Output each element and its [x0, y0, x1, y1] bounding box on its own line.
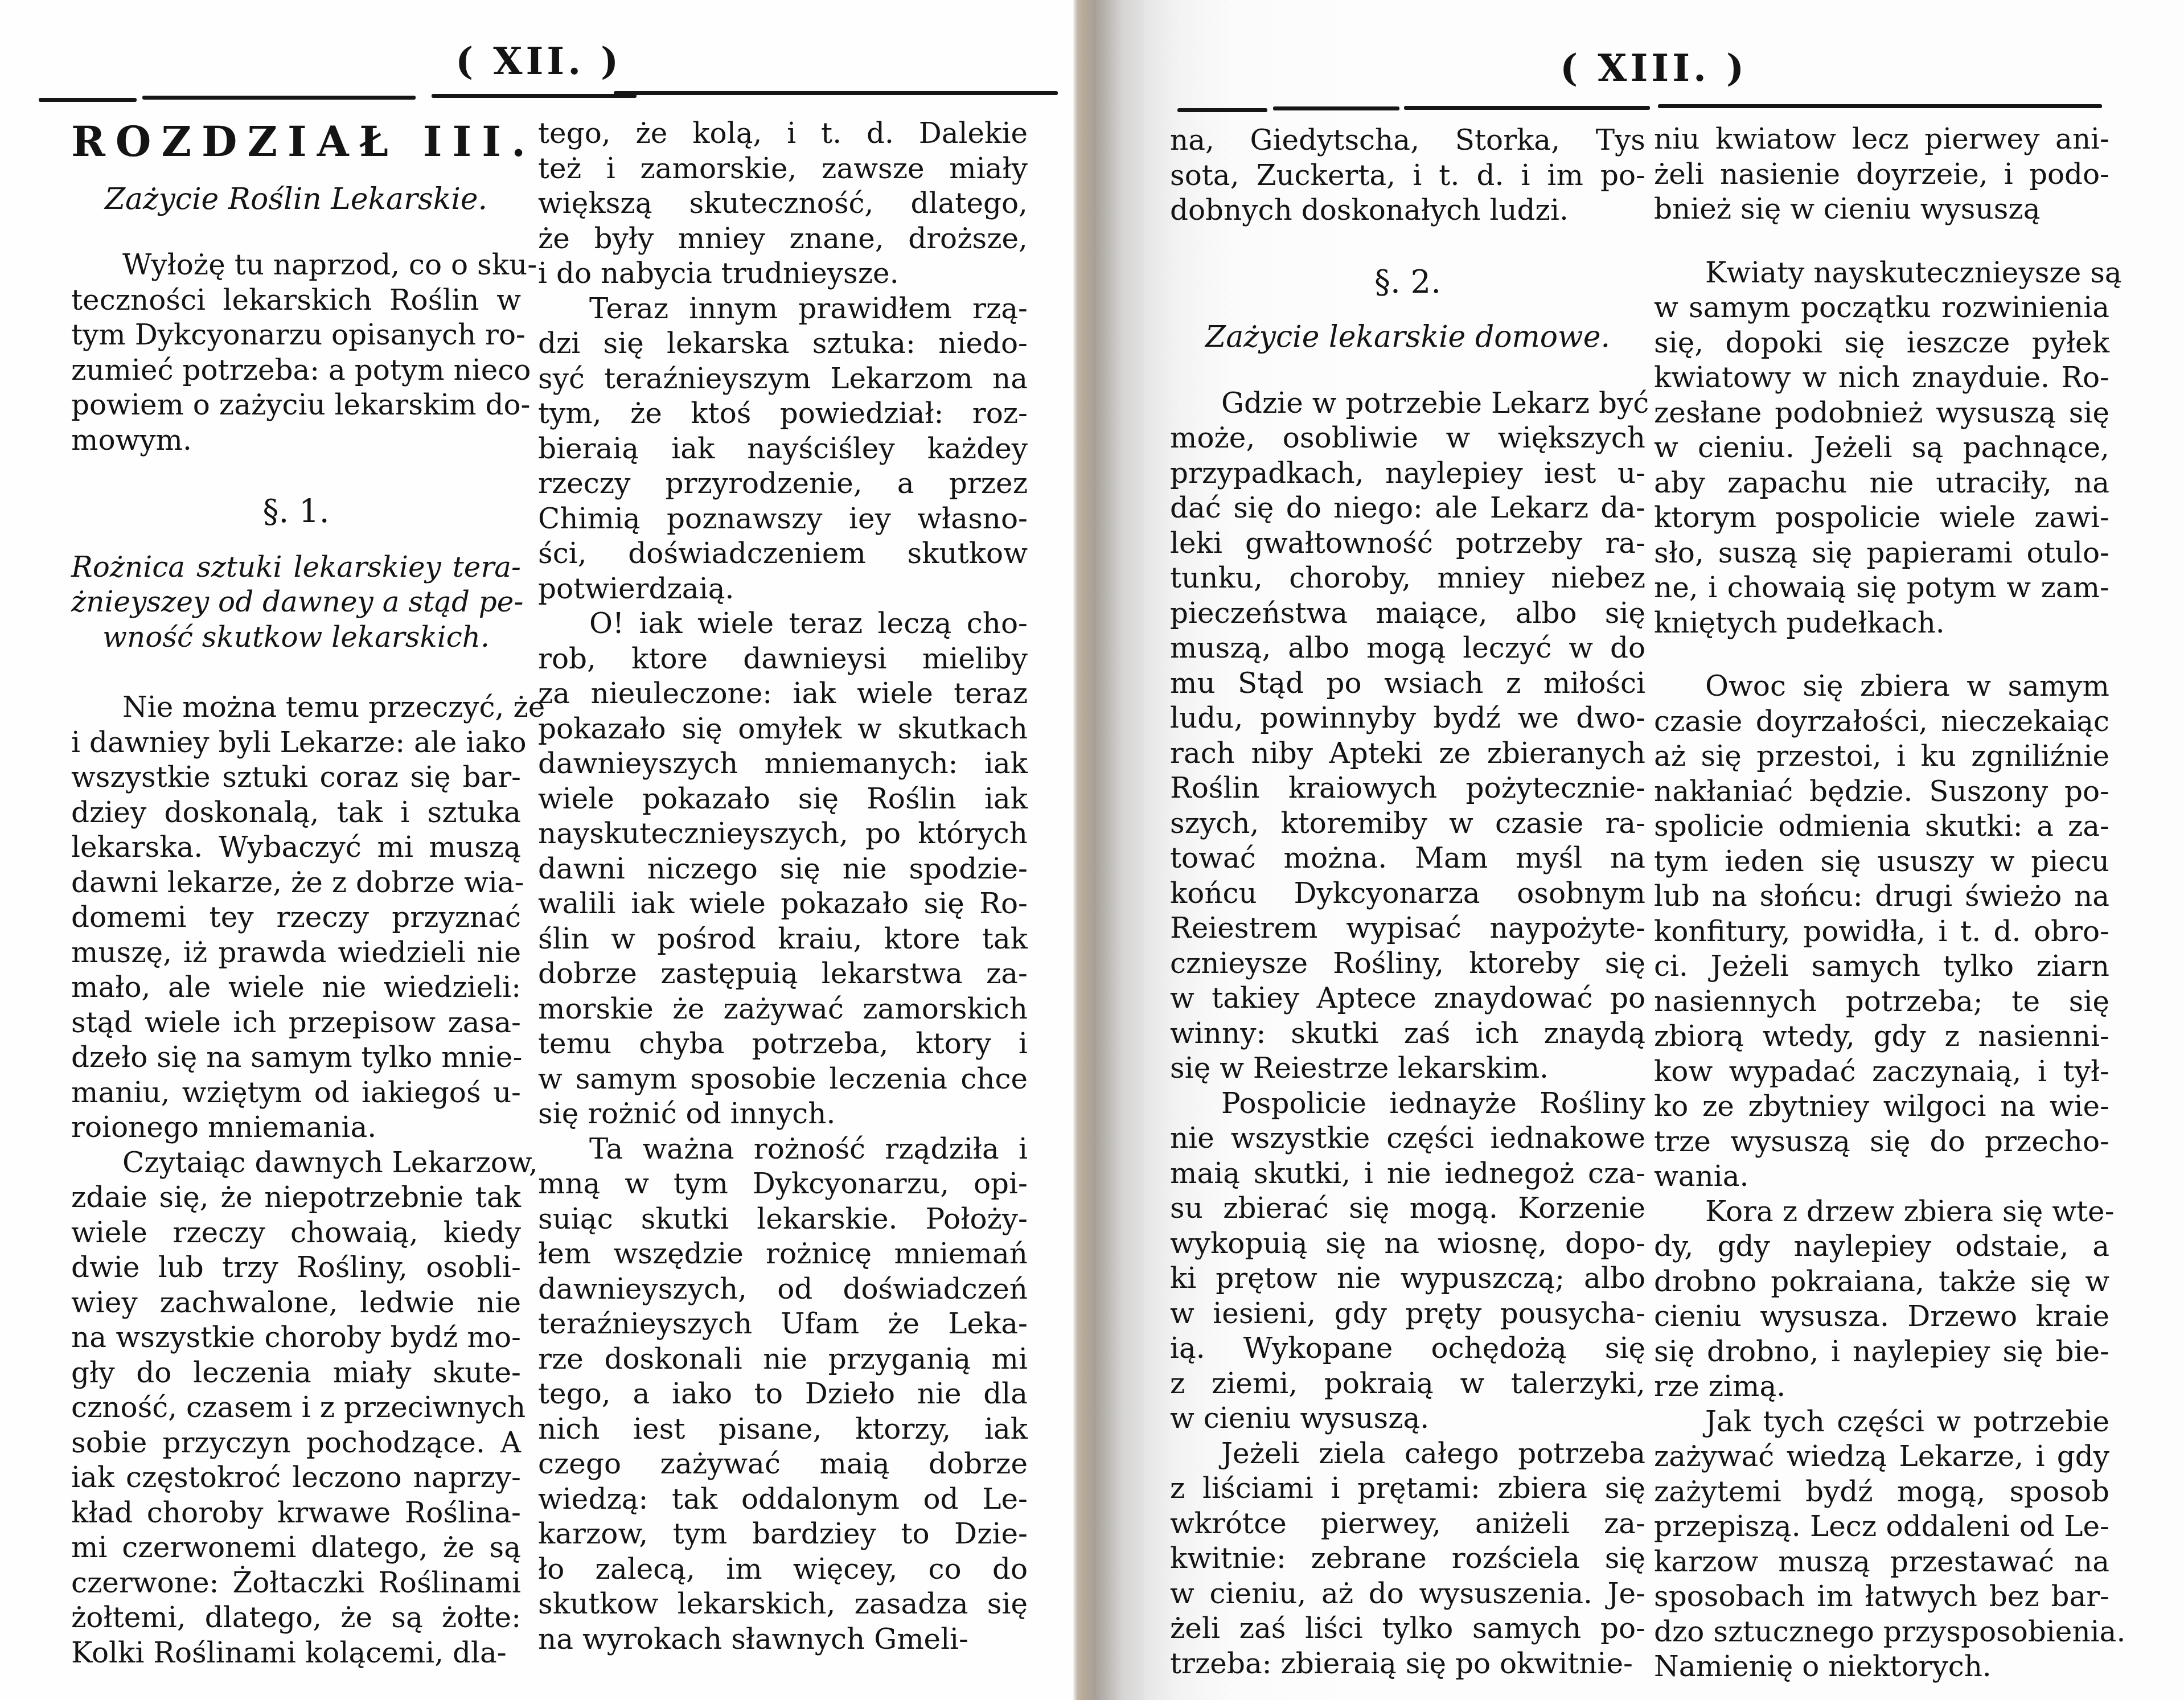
text-line: dać się do niego: ale Lekarz da-: [1170, 491, 1645, 526]
text-line: żeli nasienie doyrzeie, i podo-: [1654, 157, 2109, 192]
text-line: wszystkie sztuki coraz się bar-: [71, 760, 521, 795]
right-page: ( XIII. ) na, Giedytscha, Storka, Tyssot…: [1144, 0, 2184, 1700]
text-line: O! iak wiele teraz leczą cho-: [538, 606, 1028, 642]
text-line: się w Reiestrze lekarskim.: [1170, 1051, 1645, 1086]
text-line: że były mniey znane, droższe,: [538, 221, 1028, 257]
paragraph: Jak tych części w potrzebiezażywać wiedz…: [1654, 1405, 2109, 1685]
text-line: dawni lekarze, że z dobrze wia-: [71, 865, 521, 901]
left-column-1: ROZDZIAŁ III.Zażycie Roślin Lekarskie.Wy…: [71, 120, 521, 1670]
text-line: aż się przestoi, i ku zgniliźnie: [1654, 739, 2109, 774]
text-line: Jak tych części w potrzebie: [1654, 1405, 2109, 1440]
text-line: rob, ktore dawnieysi mieliby: [538, 642, 1028, 677]
text-line: konfitury, powidła, i t. d. obro-: [1654, 914, 2109, 950]
text-line: maniu, wziętym od iakiegoś u-: [71, 1075, 521, 1111]
spacer: [1170, 355, 1645, 386]
text-line: dwie lub trzy Rośliny, osobli-: [71, 1250, 521, 1286]
right-column-2: niu kwiatow lecz pierwey ani-żeli nasien…: [1654, 122, 2109, 1685]
text-line: sposobach im łatwych bez bar-: [1654, 1579, 2109, 1615]
text-line: kow wypadać zaczynaią, i tył-: [1654, 1054, 2109, 1090]
text-line: dy, gdy naylepiey odstaie, a: [1654, 1229, 2109, 1264]
text-line: zażywać wiedzą Lekarze, i gdy: [1654, 1439, 2109, 1475]
text-line: ślin w pośrod kraiu, ktore tak: [538, 922, 1028, 957]
text-line: na, Giedytscha, Storka, Tys: [1170, 123, 1645, 158]
spacer: [71, 655, 521, 690]
text-line: z ziemi, pokraią w talerzyki,: [1170, 1366, 1645, 1402]
text-line: rach niby Apteki ze zbieranych: [1170, 736, 1645, 771]
spacer: [71, 458, 521, 494]
text-line: przypadkach, naylepiey iest u-: [1170, 456, 1645, 491]
text-line: aby zapachu nie utraciły, na: [1654, 466, 2109, 501]
text-line: Chimią poznawszy iey własno-: [538, 502, 1028, 537]
text-line: teraźnieyszych Ufam że Leka-: [538, 1307, 1028, 1342]
text-line: trze wysuszą się do przecho-: [1654, 1124, 2109, 1160]
text-line: w cieniu wysuszą.: [1170, 1401, 1645, 1436]
chapter-heading: ROZDZIAŁ III.: [71, 124, 521, 159]
text-line: się drobno, i naylepiey się bie-: [1654, 1334, 2109, 1370]
paragraph: Jeżeli ziela całego potrzebaz liściami i…: [1170, 1436, 1645, 1682]
section-subtitle: Zażycie Roślin Lekarskie.: [71, 182, 521, 217]
text-line: kwiatowy w nich znayduie. Ro-: [1654, 360, 2109, 396]
paragraph: Czytaiąc dawnych Lekarzow,zdaie się, że …: [71, 1145, 521, 1671]
text-line: Reiestrem wypisać naypożyte-: [1170, 911, 1645, 946]
text-line: w samym początku rozwinienia: [1654, 290, 2109, 326]
text-line: tego, że kolą, i t. d. Dalekie: [538, 116, 1028, 151]
text-line: wiedzą: tak oddalonym od Le-: [538, 1482, 1028, 1517]
text-line: łem wszędzie rożnicę mniemań: [538, 1237, 1028, 1272]
text-line: się, dopoki się ieszcze pyłek: [1654, 326, 2109, 361]
text-line: kniętych pudełkach.: [1654, 606, 2109, 641]
text-line: zbiorą wtedy, gdy z nasienni-: [1654, 1019, 2109, 1054]
text-line: tować można. Mam myśl na: [1170, 841, 1645, 876]
text-line: czasie doyrzałości, nieczekaiąc: [1654, 704, 2109, 740]
text-line: Roślin kraiowych pożytecznie-: [1170, 771, 1645, 806]
text-line: dawni niczego się nie spodzie-: [538, 852, 1028, 887]
paragraph: tego, że kolą, i t. d. Dalekieteż i zamo…: [538, 116, 1028, 291]
text-line: Namienię o niektorych.: [1654, 1649, 2109, 1685]
paragraph: na, Giedytscha, Storka, Tyssota, Zuckert…: [1170, 123, 1645, 228]
text-line: wkrótce pierwey, aniżeli za-: [1170, 1506, 1645, 1542]
text-line: tym ieden się ususzy w piecu: [1654, 844, 2109, 880]
text-line: ktorym pospolicie wiele zawi-: [1654, 500, 2109, 536]
text-line: i dawniey byli Lekarze: ale iako: [71, 725, 521, 761]
spacer: [1170, 299, 1645, 320]
text-line: iak częstokroć leczono naprzy-: [71, 1460, 521, 1496]
text-line: bnież się w cieniu wysuszą: [1654, 192, 2109, 227]
text-line: kwitnie: zebrane rozściela się: [1170, 1541, 1645, 1576]
page-number-left: ( XII. ): [455, 39, 622, 83]
text-line: sobie przyczyn pochodzące. A: [71, 1426, 521, 1461]
text-line: czego zażywać maią dobrze: [538, 1447, 1028, 1482]
text-line: czerwone: Żołtaczki Roślinami: [71, 1566, 521, 1601]
text-line: gły do leczenia miały skute-: [71, 1356, 521, 1391]
text-line: ludu, powinnyby bydź we dwo-: [1170, 701, 1645, 736]
text-line: końcu Dykcyonarza osobnym: [1170, 876, 1645, 911]
text-line: mi czerwonemi dlatego, że są: [71, 1530, 521, 1566]
text-line: muszą, albo mogą leczyć w do: [1170, 631, 1645, 666]
text-line: winny: skutki zaś ich znaydą: [1170, 1016, 1645, 1052]
text-line: morskie że zażywać zamorskich: [538, 992, 1028, 1027]
text-line: zdaie się, że niepotrzebnie tak: [71, 1180, 521, 1216]
text-line: walili iak wiele pokazało się Ro-: [538, 886, 1028, 922]
text-line: teczności lekarskich Roślin w: [71, 283, 521, 318]
text-line: Jeżeli ziela całego potrzeba: [1170, 1436, 1645, 1472]
text-line: w iesieni, gdy pręty pousycha-: [1170, 1296, 1645, 1332]
text-line: dobnych doskonałych ludzi.: [1170, 193, 1645, 228]
text-line: ne, i chowaią się potym w zam-: [1654, 570, 2109, 606]
spacer: [1170, 228, 1645, 265]
text-line: rze zimą.: [1654, 1369, 2109, 1405]
right-column-1: na, Giedytscha, Storka, Tyssota, Zuckert…: [1170, 123, 1645, 1681]
text-line: dawnieyszych, od doświadczeń: [538, 1272, 1028, 1307]
text-line: tunku, choroby, mniey niebez: [1170, 561, 1645, 596]
paragraph: Teraz innym prawidłem rzą-dzi się lekars…: [538, 291, 1028, 607]
text-line: mną w tym Dykcyonarzu, opi-: [538, 1167, 1028, 1202]
text-line: trzeba: zbieraią się po okwitnie-: [1170, 1646, 1645, 1682]
text-line: zesłane podobnież wysuszą się: [1654, 396, 2109, 431]
text-line: w cieniu, aż do wysuszenia. Je-: [1170, 1576, 1645, 1612]
text-line: szych, ktoremiby w czasie ra-: [1170, 806, 1645, 841]
text-line: z liściami i prętami: zbiera się: [1170, 1471, 1645, 1506]
text-line: Kolki Roślinami kolącemi, dla-: [71, 1636, 521, 1671]
text-line: Owoc się zbiera w samym: [1654, 669, 2109, 704]
text-line: za nieuleczone: iak wiele teraz: [538, 676, 1028, 712]
text-line: w cieniu. Jeżeli są pachnące,: [1654, 430, 2109, 466]
section-title-line: Rożnica sztuki lekarskiey tera-: [71, 550, 521, 585]
text-line: też i zamorskie, zawsze miały: [538, 151, 1028, 187]
text-line: Ta ważna rożność rządziła i: [538, 1132, 1028, 1167]
text-line: bieraią iak nayściśley każdey: [538, 432, 1028, 467]
section-number: §. 1.: [71, 494, 521, 529]
text-line: w takiey Aptece znaydować po: [1170, 981, 1645, 1016]
text-line: Teraz innym prawidłem rzą-: [538, 291, 1028, 327]
section-title: Rożnica sztuki lekarskiey tera-żnieyszey…: [71, 550, 521, 655]
text-line: większą skuteczność, dlatego,: [538, 186, 1028, 221]
paragraph: O! iak wiele teraz leczą cho-rob, ktore …: [538, 606, 1028, 1132]
text-line: niu kwiatow lecz pierwey ani-: [1654, 122, 2109, 157]
text-line: nayskutecznieyszych, po których: [538, 816, 1028, 852]
text-line: syć teraźnieyszym Lekarzom na: [538, 362, 1028, 397]
text-line: żeli zaś liści tylko samych po-: [1170, 1611, 1645, 1646]
text-line: dzo sztucznego przysposobienia.: [1654, 1615, 2109, 1650]
text-line: wiey zachwalone, ledwie nie: [71, 1286, 521, 1321]
text-line: się rożnić od innych.: [538, 1097, 1028, 1132]
text-line: maią skutki, i nie iednegoż cza-: [1170, 1156, 1645, 1192]
text-line: dzeło się na samym tylko mnie-: [71, 1040, 521, 1075]
text-line: roionego mniemania.: [71, 1110, 521, 1145]
paragraph: Kwiaty nayskutecznieysze sąw samym począ…: [1654, 256, 2109, 641]
text-line: nich iest pisane, ktorzy, iak: [538, 1412, 1028, 1447]
text-line: nasiennych potrzeba; te się: [1654, 984, 2109, 1020]
text-line: sota, Zuckerta, i t. d. i im po-: [1170, 158, 1645, 194]
text-line: dawnieyszych mniemanych: iak: [538, 746, 1028, 782]
spacer: [71, 217, 521, 248]
paragraph: Owoc się zbiera w samymczasie doyrzałośc…: [1654, 669, 2109, 1194]
text-line: Gdzie w potrzebie Lekarz być: [1170, 386, 1645, 421]
text-line: rzeczy przyrodzenie, a przez: [538, 466, 1028, 502]
text-line: lekarska. Wybaczyć mi muszą: [71, 830, 521, 865]
text-line: dziey doskonalą, tak i sztuka: [71, 795, 521, 831]
text-line: mało, ale wiele nie wiedzieli:: [71, 970, 521, 1005]
text-line: zażytemi bydź mogą, sposob: [1654, 1475, 2109, 1510]
text-line: przepiszą. Lecz oddaleni od Le-: [1654, 1509, 2109, 1545]
text-line: i do nabycia trudnieysze.: [538, 256, 1028, 291]
text-line: domemi tey rzeczy przyznać: [71, 900, 521, 935]
text-line: czność, czasem i z przeciwnych: [71, 1390, 521, 1426]
text-line: dobrze zastępuią lekarstwa za-: [538, 956, 1028, 992]
paragraph: Nie można temu przeczyć, żei dawniey byl…: [71, 690, 521, 1145]
text-line: wiele rzeczy chowaią, kiedy: [71, 1216, 521, 1251]
text-line: potwierdzaią.: [538, 572, 1028, 607]
text-line: su zbierać się mogą. Korzenie: [1170, 1191, 1645, 1226]
text-line: leki gwałtowność potrzeby ra-: [1170, 526, 1645, 561]
text-line: sło, suszą się papierami otulo-: [1654, 536, 2109, 571]
paragraph: Kora z drzew zbiera się wte-dy, gdy nayl…: [1654, 1194, 2109, 1405]
text-line: wiele pokazało się Roślin iak: [538, 782, 1028, 817]
text-line: wykopuią się na wiosnę, dopo-: [1170, 1226, 1645, 1262]
text-line: na wszystkie choroby bydź mo-: [71, 1320, 521, 1356]
text-line: może, osobliwie w większych: [1170, 421, 1645, 456]
text-line: Nie można temu przeczyć, że: [71, 690, 521, 725]
text-line: stąd wiele ich przepisow zasa-: [71, 1005, 521, 1041]
left-column-2: tego, że kolą, i t. d. Dalekieteż i zamo…: [538, 116, 1028, 1657]
text-line: nakłaniać będzie. Suszony po-: [1654, 774, 2109, 810]
text-line: tym Dykcyonarzu opisanych ro-: [71, 318, 521, 353]
text-line: spolicie odmienia skutki: a za-: [1654, 809, 2109, 844]
paragraph: Pospolicie iednayże Roślinynie wszystkie…: [1170, 1086, 1645, 1436]
text-line: karzow muszą przestawać na: [1654, 1545, 2109, 1580]
spacer: [71, 529, 521, 550]
text-line: Pospolicie iednayże Rośliny: [1170, 1086, 1645, 1122]
text-line: Wyłożę tu naprzod, co o sku-: [71, 248, 521, 283]
text-line: suiąc skutki lekarskie. Położy-: [538, 1202, 1028, 1237]
section-title-line: wność skutkow lekarskich.: [71, 620, 521, 655]
text-line: drobno pokraiana, także się w: [1654, 1264, 2109, 1300]
text-line: żołtemi, dlatego, że są żołte:: [71, 1600, 521, 1636]
paragraph: Gdzie w potrzebie Lekarz byćmoże, osobli…: [1170, 386, 1645, 1086]
text-line: rze doskonali nie przyganią mi: [538, 1342, 1028, 1377]
text-line: Kora z drzew zbiera się wte-: [1654, 1194, 2109, 1230]
text-line: tego, a iako to Dzieło nie dla: [538, 1377, 1028, 1412]
text-line: ki prętow nie wypuszczą; albo: [1170, 1261, 1645, 1296]
text-line: ło zalecą, im więcey, co do: [538, 1552, 1028, 1587]
text-line: tym, że ktoś powiedział: roz-: [538, 396, 1028, 432]
text-line: nie wszystkie części iednakowe: [1170, 1121, 1645, 1156]
paragraph: Wyłożę tu naprzod, co o sku-teczności le…: [71, 248, 521, 458]
text-line: w samym sposobie leczenia chce: [538, 1062, 1028, 1097]
text-line: ci. Jeżeli samych tylko ziarn: [1654, 949, 2109, 984]
text-line: zumieć potrzeba: a potym nieco: [71, 353, 521, 388]
text-line: wania.: [1654, 1159, 2109, 1194]
text-line: pokazało się omyłek w skutkach: [538, 712, 1028, 747]
paragraph: niu kwiatow lecz pierwey ani-żeli nasien…: [1654, 122, 2109, 227]
text-line: pieczeństwa maiące, albo się: [1170, 596, 1645, 631]
section-title-line: żnieyszey od dawney a stąd pe-: [71, 585, 521, 620]
text-line: dzi się lekarska sztuka: niedo-: [538, 326, 1028, 362]
text-line: Kwiaty nayskutecznieysze są: [1654, 256, 2109, 291]
text-line: lub na słońcu: drugi świeżo na: [1654, 879, 2109, 914]
text-line: powiem o zażyciu lekarskim do-: [71, 388, 521, 423]
text-line: ią. Wykopane ochędożą się: [1170, 1331, 1645, 1366]
text-line: skutkow lekarskich, zasadza się: [538, 1587, 1028, 1622]
text-line: muszę, iż prawda wiedzieli nie: [71, 935, 521, 971]
book-spine: [1073, 0, 1144, 1700]
text-line: mowym.: [71, 423, 521, 458]
section-number: §. 2.: [1170, 265, 1645, 300]
text-line: temu chyba potrzeba, ktory i: [538, 1026, 1028, 1062]
text-line: ko ze zbytniey wilgoci na wie-: [1654, 1089, 2109, 1124]
text-line: cieniu wysusza. Drzewo kraie: [1654, 1299, 2109, 1334]
paragraph: Ta ważna rożność rządziła imną w tym Dyk…: [538, 1132, 1028, 1657]
text-line: kład choroby krwawe Roślina-: [71, 1496, 521, 1531]
text-line: na wyrokach sławnych Gmeli-: [538, 1622, 1028, 1657]
left-page: ( XII. ) ROZDZIAŁ III.Zażycie Roślin Lek…: [0, 0, 1073, 1700]
page-number-right: ( XIII. ): [1560, 46, 1747, 90]
text-line: ści, doświadczeniem skutkow: [538, 536, 1028, 572]
section-subtitle: Zażycie lekarskie domowe.: [1170, 320, 1645, 355]
text-line: karzow, tym bardziey to Dzie-: [538, 1517, 1028, 1552]
text-line: cznieysze Rośliny, ktoreby się: [1170, 946, 1645, 982]
text-line: mu Stąd po wsiach z miłości: [1170, 666, 1645, 701]
text-line: Czytaiąc dawnych Lekarzow,: [71, 1145, 521, 1181]
